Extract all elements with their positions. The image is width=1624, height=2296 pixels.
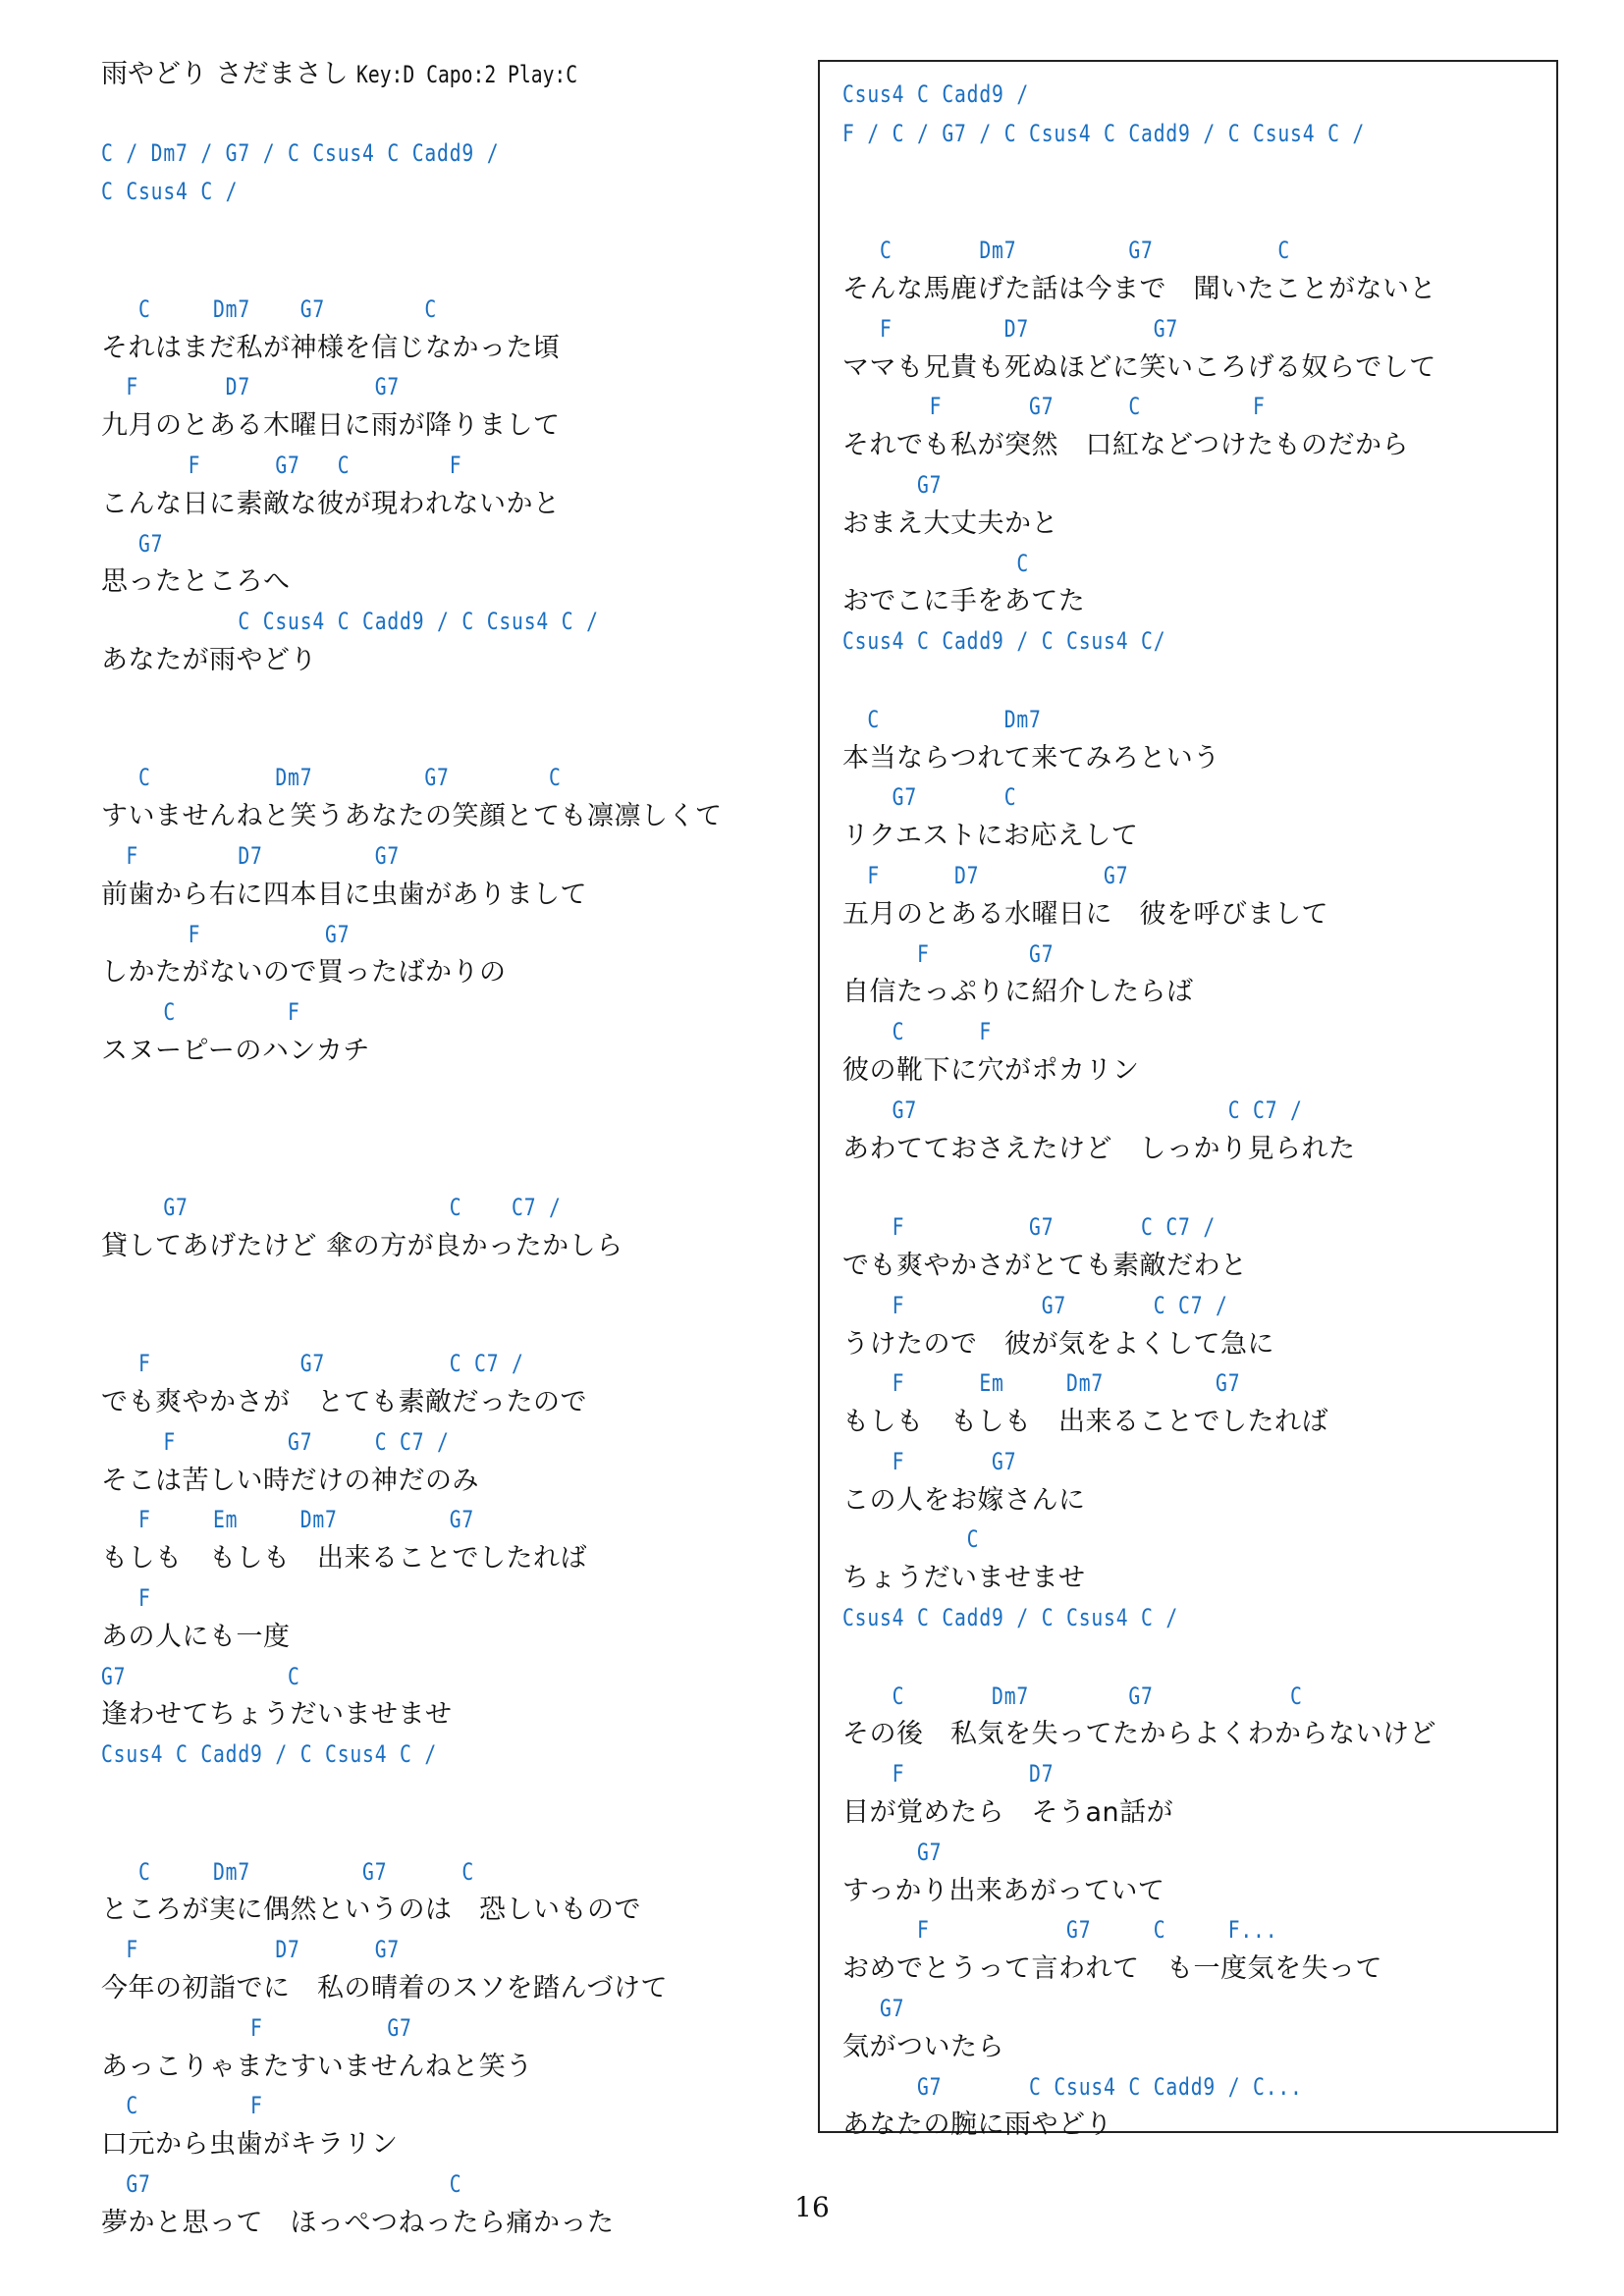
song-title: 雨やどり さだまさし [101,59,349,89]
lyric-line: あの人にも一度 [101,1618,291,1657]
blank-line [101,680,808,720]
lyric-line: 自信たっぷりに紹介したらば [842,973,1194,1012]
lyric-row: そんな馬鹿げた話は今まで 聞いたことがないと [842,270,1549,309]
chord-line: Csus4 C Cadd9 / C Csus4 C / [842,1599,1178,1638]
chord-line: C Csus4 C / [101,173,238,212]
lyric-row: 五月のとある水曜日に 彼を呼びまして [842,895,1549,934]
chord-line: Csus4 C Cadd9 / C Csus4 C / [101,1735,437,1775]
lyric-row: あの人にも一度 [101,1618,808,1657]
chord-row: C F [101,992,808,1032]
chord-line: F G7 [842,935,1054,975]
lyric-row: でも爽やかさがとても素敵だわと [842,1247,1549,1286]
lyric-row: すいませんねと笑うあなたの笑顔とても凛凛しくて [101,797,808,836]
lyric-line: 今年の初詣でに 私の晴着のスソを踏んづけて [101,1969,668,2008]
chord-line: C Dm7 G7 C [101,759,562,798]
blank-line [101,720,808,759]
chord-line: F G7 C F [101,447,461,486]
chord-line: F G7 C C7 / [842,1208,1216,1248]
chord-line: G7 C [101,1658,300,1697]
chord-row: Csus4 C Cadd9 / C Csus4 C / [842,1598,1549,1637]
lyric-line: すいませんねと笑うあなたの笑顔とても凛凛しくて [101,797,723,836]
lyric-row: あっこりゃまたすいませんねと笑う [101,2048,808,2087]
chord-row: F / C / G7 / C Csus4 C Cadd9 / C Csus4 C… [842,114,1549,153]
lyric-row: おまえ大丈夫かと [842,505,1549,544]
lyric-line: もしも もしも 出来ることでしたれば [842,1403,1328,1442]
lyric-line: ところが実に偶然というのは 恐しいもので [101,1891,641,1930]
chord-line: F G7 C F... [842,1911,1277,1950]
chord-row: F G7 C F... [842,1910,1549,1949]
chord-line: F G7 C C7 / [101,1423,450,1463]
blank-line [101,250,808,290]
lyric-row: 貸してあげたけど 傘の方が良かったかしら [101,1227,808,1266]
chord-line: F D7 G7 [101,1931,400,1970]
lyric-line: うけたので 彼が気をよくして急に [842,1325,1274,1364]
chord-row: F G7 [842,934,1549,974]
lyric-row: うけたので 彼が気をよくして急に [842,1325,1549,1364]
chord-line: F G7 [101,2009,412,2049]
chord-row: C Dm7 G7 C [842,231,1549,270]
lyric-line: あなたの腕に雨やどり [842,2106,1112,2145]
chord-line: C Dm7 G7 C [101,291,437,330]
lyric-row: 今年の初詣でに 私の晴着のスソを踏んづけて [101,1969,808,2008]
chord-row: F Em Dm7 G7 [101,1500,808,1539]
lyric-row: こんな日に素敵な彼が現われないかと [101,485,808,524]
chord-row: F [101,1578,808,1618]
lyric-row: そこは苦しい時だけの神だのみ [101,1462,808,1501]
chord-line: F Em Dm7 G7 [101,1501,474,1540]
lyric-line: それでも私が突然 口紅などつけたものだから [842,426,1409,465]
lyric-line: ちょうだいませませ [842,1559,1086,1598]
lyric-row: もしも もしも 出来ることでしたれば [101,1539,808,1578]
chord-line: F D7 [842,1755,1054,1794]
chord-line: C F [101,2087,263,2126]
lyric-row: もしも もしも 出来ることでしたれば [842,1403,1549,1442]
chord-line: F G7 [842,1443,1016,1482]
chord-line: C / Dm7 / G7 / C Csus4 C Cadd9 / [101,134,499,174]
lyric-row: でも爽やかさが とても素敵だったので [101,1383,808,1422]
chord-line: G7 [101,525,163,564]
lyric-line: おでこに手をあてた [842,582,1085,621]
lyric-line: あわてておさえたけど しっかり見られた [842,1130,1356,1169]
lyric-row: それでも私が突然 口紅などつけたものだから [842,426,1549,465]
chord-line: F Em Dm7 G7 [842,1364,1240,1404]
song-title-line: 雨やどり さだまさし Key:D Capo:2 Play:C [101,55,808,94]
chord-row: F G7 [101,915,808,954]
chord-row: C Dm7 G7 C [842,1677,1549,1716]
lyric-line: 九月のとある木曜日に雨が降りまして [101,406,561,446]
chord-row: Csus4 C Cadd9 / [842,75,1549,114]
song-key-capo: Key:D Capo:2 Play:C [356,56,577,95]
lyric-line: そこは苦しい時だけの神だのみ [101,1462,479,1501]
blank-line [842,153,1549,192]
chord-row: G7 C C7 / [101,1188,808,1227]
chord-row: C / Dm7 / G7 / C Csus4 C Cadd9 / [101,133,808,173]
chord-row: G7 [842,465,1549,505]
chord-line: C [842,1521,979,1560]
chord-row: C Dm7 G7 C [101,1852,808,1892]
chord-line: Csus4 C Cadd9 / C Csus4 C/ [842,622,1165,662]
chord-row: G7 [101,524,808,563]
left-column: 雨やどり さだまさし Key:D Capo:2 Play:CC / Dm7 / … [101,55,808,2243]
lyric-line: リクエストにお応えして [842,817,1138,856]
lyric-row: あなたの腕に雨やどり [842,2106,1549,2145]
chord-line: F G7 C F [842,388,1266,427]
chord-row: F D7 G7 [842,856,1549,895]
chord-row: C F [101,2086,808,2125]
lyric-line: そんな馬鹿げた話は今まで 聞いたことがないと [842,270,1436,309]
blank-line [101,1110,808,1149]
chord-line: G7 C C7 / [101,1189,562,1228]
lyric-line: でも爽やかさがとても素敵だわと [842,1247,1248,1286]
lyric-row: 口元から虫歯がキラリン [101,2125,808,2164]
chord-line: C Dm7 G7 C [842,1678,1303,1717]
lyric-row: それはまだ私が神様を信じなかった頃 [101,329,808,368]
chord-row: F D7 G7 [842,309,1549,348]
chord-row: F G7 C F [842,387,1549,426]
lyric-line: でも爽やかさが とても素敵だったので [101,1383,587,1422]
chord-line: F G7 [101,916,350,955]
lyric-line: 貸してあげたけど 傘の方が良かったかしら [101,1227,623,1266]
chord-row: F G7 C C7 / [842,1207,1549,1247]
blank-line [101,1774,808,1813]
chord-row: F G7 [842,1442,1549,1481]
lyric-row: ちょうだいませませ [842,1559,1549,1598]
chord-row: C Dm7 G7 C [101,290,808,329]
chord-row: C Dm7 [842,700,1549,739]
chord-line: F G7 C C7 / [101,1345,524,1384]
chord-row: C F [842,1012,1549,1051]
lyric-row: 九月のとある木曜日に雨が降りまして [101,406,808,446]
lyric-row: 前歯から右に四本目に虫歯がありまして [101,876,808,915]
chord-line: C Dm7 [842,701,1042,740]
lyric-row: リクエストにお応えして [842,817,1549,856]
chord-line: G7 [842,466,942,506]
chord-row: G7 C [842,777,1549,817]
lyric-line: 思ったところへ [101,562,291,602]
chord-row: C Dm7 G7 C [101,758,808,797]
lyric-line: しかたがないので買ったばかりの [101,953,507,992]
lyric-row: ママも兄貴も死ぬほどに笑いころげる奴らでして [842,348,1549,388]
chord-row: F D7 G7 [101,367,808,406]
chord-row: G7 [842,1989,1549,2028]
lyric-row: しかたがないので買ったばかりの [101,953,808,992]
lyric-row: 目が覚めたら そうan話が [842,1793,1549,1833]
lyric-row: 逢わせてちょうだいませませ [101,1695,808,1735]
chord-row: G7 [842,1833,1549,1872]
chord-line: G7 C Csus4 C Cadd9 / C... [842,2068,1303,2108]
chord-line: C Dm7 G7 C [101,1853,474,1893]
chord-line: F D7 G7 [101,368,400,407]
lyric-line: 彼の靴下に穴がポカリン [842,1051,1140,1091]
blank-line [101,1813,808,1852]
lyric-row: おでこに手をあてた [842,582,1549,621]
chord-row: C Csus4 C / [101,172,808,211]
blank-line [842,191,1549,231]
lyric-line: こんな日に素敵な彼が現われないかと [101,485,561,524]
blank-line [842,1168,1549,1207]
chord-line: G7 [842,1990,904,2029]
lyric-row: 自信たっぷりに紹介したらば [842,973,1549,1012]
chord-row: F G7 [101,2008,808,2048]
chord-line: F D7 G7 [842,310,1178,349]
lyric-row: 彼の靴下に穴がポカリン [842,1051,1549,1091]
chord-line: F D7 G7 [842,857,1128,896]
lyric-row: あわてておさえたけど しっかり見られた [842,1130,1549,1169]
chord-row: F D7 [842,1754,1549,1793]
blank-line [101,211,808,250]
lyric-line: 前歯から右に四本目に虫歯がありまして [101,876,587,915]
chord-line: F [101,1579,151,1619]
songbook-page: 雨やどり さだまさし Key:D Capo:2 Play:CC / Dm7 / … [0,0,1624,2296]
lyric-row: スヌーピーのハンカチ [101,1032,808,1071]
chord-line: F D7 G7 [101,837,400,877]
chord-row: F G7 C F [101,446,808,485]
chord-row: Csus4 C Cadd9 / C Csus4 C/ [842,621,1549,661]
lyric-line: おめでとうって言われて も一度気を失って [842,1949,1382,1989]
lyric-line: その後 私気を失ってたからよくわからないけど [842,1715,1436,1754]
lyric-row: ところが実に偶然というのは 恐しいもので [101,1891,808,1930]
chord-line: G7 C C7 / [842,1092,1303,1131]
chord-line: G7 C [842,778,1016,818]
lyric-row: 気がついたら [842,2028,1549,2067]
chord-row: F Em Dm7 G7 [842,1363,1549,1403]
lyric-row: 思ったところへ [101,562,808,602]
blank-line [101,94,808,133]
chord-line: C F [842,1013,992,1052]
chord-row: F D7 G7 [101,836,808,876]
chord-line: C [842,545,1029,584]
right-column: Csus4 C Cadd9 /F / C / G7 / C Csus4 C Ca… [842,75,1549,2145]
lyric-line: 目が覚めたら そうan話が [842,1793,1173,1833]
page-number: 16 [0,2191,1624,2223]
chord-row: G7 C C7 / [842,1091,1549,1130]
chord-row: F G7 C C7 / [101,1422,808,1462]
chord-line: Csus4 C Cadd9 / [842,76,1029,115]
chord-line: F G7 C C7 / [842,1287,1228,1326]
lyric-line: すっかり出来あがっていて [842,1872,1164,1911]
chord-row: Csus4 C Cadd9 / C Csus4 C / [101,1735,808,1774]
blank-line [101,1266,808,1306]
lyric-row: すっかり出来あがっていて [842,1872,1549,1911]
chord-row: C [842,1520,1549,1559]
chord-line: C Dm7 G7 C [842,232,1290,271]
blank-line [101,1306,808,1345]
lyric-line: ママも兄貴も死ぬほどに笑いころげる奴らでして [842,348,1436,388]
chord-row: C [842,544,1549,583]
lyric-line: もしも もしも 出来ることでしたれば [101,1539,587,1578]
chord-line: C Csus4 C Cadd9 / C Csus4 C / [101,603,599,642]
chord-row: F G7 C C7 / [101,1344,808,1383]
lyric-line: 気がついたら [842,2028,1004,2067]
chord-row: G7 C [101,1657,808,1696]
lyric-row: この人をお嫁さんに [842,1481,1549,1521]
lyric-row: あなたが雨やどり [101,641,808,680]
blank-line [101,1071,808,1110]
lyric-line: スヌーピーのハンカチ [101,1032,370,1071]
lyric-line: 逢わせてちょうだいませませ [101,1695,453,1735]
chord-line: G7 [842,1834,942,1873]
chord-line: C F [101,993,300,1033]
lyric-line: 口元から虫歯がキラリン [101,2125,399,2164]
lyric-line: あっこりゃまたすいませんねと笑う [101,2048,533,2087]
chord-line: F / C / G7 / C Csus4 C Cadd9 / C Csus4 C… [842,115,1365,154]
chord-row: F D7 G7 [101,1930,808,1969]
chord-row: F G7 C C7 / [842,1286,1549,1325]
chord-row: C Csus4 C Cadd9 / C Csus4 C / [101,602,808,641]
lyric-line: この人をお嫁さんに [842,1481,1086,1521]
chord-row: G7 C Csus4 C Cadd9 / C... [842,2067,1549,2107]
blank-line [842,661,1549,700]
lyric-line: おまえ大丈夫かと [842,505,1058,544]
blank-line [101,1148,808,1188]
lyric-row: その後 私気を失ってたからよくわからないけど [842,1715,1549,1754]
lyric-row: 本当ならつれて来てみろという [842,739,1549,778]
lyric-line: それはまだ私が神様を信じなかった頃 [101,329,561,368]
lyric-line: 本当ならつれて来てみろという [842,739,1220,778]
lyric-line: あなたが雨やどり [101,641,317,680]
lyric-line: 五月のとある水曜日に 彼を呼びまして [842,895,1328,934]
lyric-row: おめでとうって言われて も一度気を失って [842,1949,1549,1989]
blank-line [842,1637,1549,1677]
